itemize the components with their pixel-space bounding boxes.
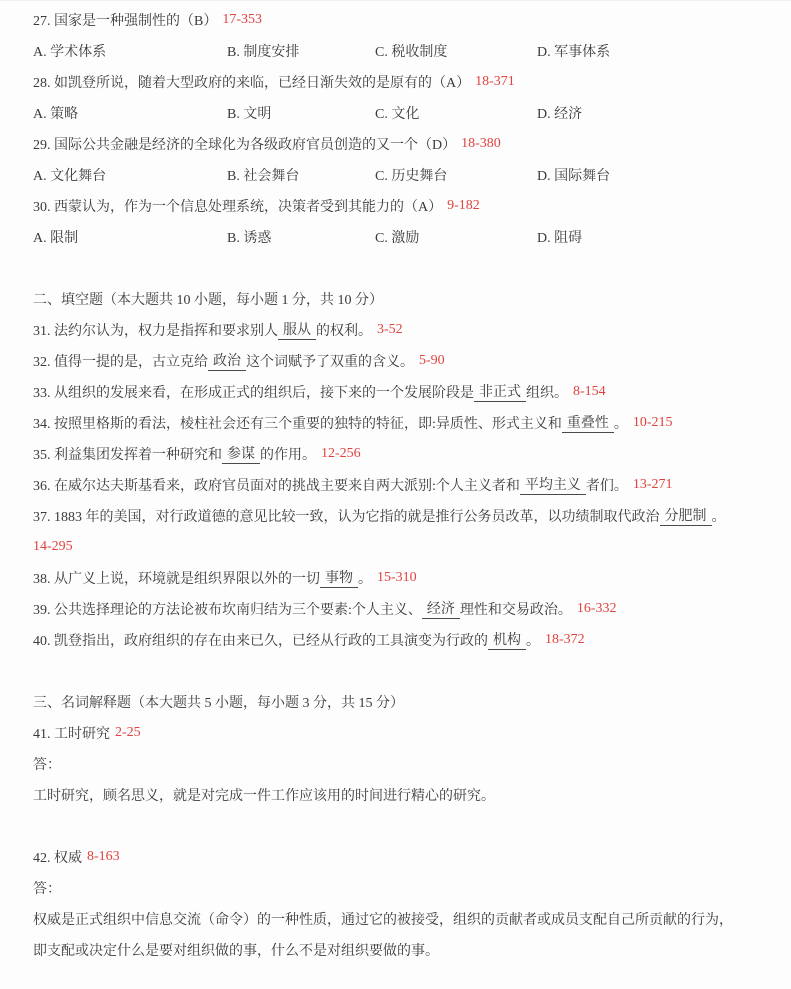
fill-pre: 32. 值得一提的是，古立克给: [33, 351, 208, 371]
mcq-options-27: A. 学术体系 B. 制度安排 C. 税收制度 D. 军事体系: [0, 35, 791, 66]
page-ref: 15-310: [377, 570, 417, 586]
page-ref: 13-271: [633, 477, 673, 493]
def-term: 42. 权威: [33, 847, 82, 867]
fill-item-40: 40. 凯登指出，政府组织的存在由来已久，已经从行政的工具演变为行政的 机构 。…: [0, 624, 791, 655]
page-ref: 9-182: [447, 198, 480, 214]
page-ref: 18-371: [475, 74, 515, 90]
section-title: 二、填空题（本大题共 10 小题，每小题 1 分，共 10 分）: [33, 289, 383, 309]
page-ref: 18-372: [545, 632, 585, 648]
fill-post: 。: [526, 630, 540, 650]
def-item-42-title: 42. 权威 8-163: [0, 841, 791, 872]
fill-pre: 39. 公共选择理论的方法论被布坎南归结为三个要素:个人主义、: [33, 599, 422, 619]
section-gap: [0, 810, 791, 841]
blank-answer: 平均主义: [520, 474, 586, 495]
blank-answer: 参谋: [222, 443, 260, 464]
fill-item-36: 36. 在威尔达夫斯基看来，政府官员面对的挑战主要来自两大派别:个人主义者和 平…: [0, 469, 791, 500]
option-b: B. 诱惑: [227, 227, 375, 247]
fill-pre: 33. 从组织的发展来看，在形成正式的组织后，接下来的一个发展阶段是: [33, 382, 474, 402]
question-stem: 29. 国际公共金融是经济的全球化为各级政府官员创造的又一个（D）: [33, 134, 456, 154]
fill-item-33: 33. 从组织的发展来看，在形成正式的组织后，接下来的一个发展阶段是 非正式 组…: [0, 376, 791, 407]
blank-answer: 重叠性: [562, 412, 614, 433]
fill-post: 。: [358, 568, 372, 588]
page-ref: 12-256: [321, 446, 361, 462]
blank-answer: 政治: [208, 350, 246, 371]
page-ref: 3-52: [377, 322, 403, 338]
fill-item-38: 38. 从广义上说，环境就是组织界限以外的一切 事物 。 15-310: [0, 562, 791, 593]
mcq-question-30: 30. 西蒙认为，作为一个信息处理系统，决策者受到其能力的（A） 9-182: [0, 190, 791, 221]
fill-post: 组织。: [526, 382, 568, 402]
blank-answer: 服从: [278, 319, 316, 340]
section-header-fill-blank: 二、填空题（本大题共 10 小题，每小题 1 分，共 10 分）: [0, 283, 791, 314]
mcq-question-29: 29. 国际公共金融是经济的全球化为各级政府官员创造的又一个（D） 18-380: [0, 128, 791, 159]
fill-item-39: 39. 公共选择理论的方法论被布坎南归结为三个要素:个人主义、 经济 理性和交易…: [0, 593, 791, 624]
blank-answer: 经济: [422, 598, 460, 619]
option-c: C. 激励: [375, 227, 537, 247]
blank-answer: 事物: [320, 567, 358, 588]
def-item-41-answer: 工时研究，顾名思义，就是对完成一件工作应该用的时间进行精心的研究。: [0, 779, 791, 810]
fill-item-37-ref-line: 14-295: [0, 531, 791, 562]
option-b: B. 文明: [227, 103, 375, 123]
fill-pre: 34. 按照里格斯的看法，棱柱社会还有三个重要的独特的特征，即:异质性、形式主义…: [33, 413, 562, 433]
section-header-definitions: 三、名词解释题（本大题共 5 小题，每小题 3 分，共 15 分）: [0, 686, 791, 717]
option-d: D. 国际舞台: [537, 165, 791, 185]
question-stem: 28. 如凯登所说，随着大型政府的来临，已经日渐失效的是原有的（A）: [33, 72, 470, 92]
question-stem: 27. 国家是一种强制性的（B）: [33, 10, 217, 30]
option-a: A. 策略: [33, 103, 227, 123]
option-c: C. 文化: [375, 103, 537, 123]
answer-text: 即支配或决定什么是要对组织做的事，什么不是对组织要做的事。: [33, 940, 439, 960]
fill-item-31: 31. 法约尔认为，权力是指挥和要求别人 服从 的权利。 3-52: [0, 314, 791, 345]
page-ref: 5-90: [419, 353, 445, 369]
page-ref: 8-163: [87, 849, 120, 865]
option-c: C. 税收制度: [375, 41, 537, 61]
def-item-42-answer-line-2: 即支配或决定什么是要对组织做的事，什么不是对组织要做的事。: [0, 934, 791, 965]
answer-text: 工时研究，顾名思义，就是对完成一件工作应该用的时间进行精心的研究。: [33, 785, 495, 805]
mcq-options-28: A. 策略 B. 文明 C. 文化 D. 经济: [0, 97, 791, 128]
exam-document: 27. 国家是一种强制性的（B） 17-353 A. 学术体系 B. 制度安排 …: [0, 0, 791, 965]
section-title: 三、名词解释题（本大题共 5 小题，每小题 3 分，共 15 分）: [33, 692, 404, 712]
fill-post: 这个词赋予了双重的含义。: [246, 351, 414, 371]
page-ref: 8-154: [573, 384, 606, 400]
answer-text: 权威是正式组织中信息交流（命令）的一种性质，通过它的被接受，组织的贡献者或成员支…: [33, 909, 733, 929]
answer-label: 答：: [33, 878, 61, 898]
page-ref: 10-215: [633, 415, 673, 431]
option-c: C. 历史舞台: [375, 165, 537, 185]
fill-item-35: 35. 利益集团发挥着一种研究和 参谋 的作用。 12-256: [0, 438, 791, 469]
fill-post: 。: [712, 506, 726, 526]
def-item-42-answer-label: 答：: [0, 872, 791, 903]
blank-answer: 分肥制: [660, 505, 712, 526]
option-d: D. 经济: [537, 103, 791, 123]
section-gap: [0, 655, 791, 686]
option-d: D. 军事体系: [537, 41, 791, 61]
option-a: A. 文化舞台: [33, 165, 227, 185]
fill-post: 者们。: [586, 475, 628, 495]
def-item-41-title: 41. 工时研究 2-25: [0, 717, 791, 748]
fill-pre: 37. 1883 年的美国，对行政道德的意见比较一致，认为它指的就是推行公务员改…: [33, 506, 660, 526]
fill-post: 理性和交易政治。: [460, 599, 572, 619]
blank-answer: 非正式: [474, 381, 526, 402]
mcq-options-30: A. 限制 B. 诱惑 C. 激励 D. 阻碍: [0, 221, 791, 252]
option-b: B. 社会舞台: [227, 165, 375, 185]
mcq-question-28: 28. 如凯登所说，随着大型政府的来临，已经日渐失效的是原有的（A） 18-37…: [0, 66, 791, 97]
blank-answer: 机构: [488, 629, 526, 650]
def-item-41-answer-label: 答：: [0, 748, 791, 779]
fill-post: 。: [614, 413, 628, 433]
page-ref: 2-25: [115, 725, 141, 741]
fill-pre: 36. 在威尔达夫斯基看来，政府官员面对的挑战主要来自两大派别:个人主义者和: [33, 475, 520, 495]
page-ref: 18-380: [461, 136, 501, 152]
fill-item-37: 37. 1883 年的美国，对行政道德的意见比较一致，认为它指的就是推行公务员改…: [0, 500, 791, 531]
fill-item-34: 34. 按照里格斯的看法，棱柱社会还有三个重要的独特的特征，即:异质性、形式主义…: [0, 407, 791, 438]
fill-pre: 35. 利益集团发挥着一种研究和: [33, 444, 222, 464]
answer-label: 答：: [33, 754, 61, 774]
option-a: A. 学术体系: [33, 41, 227, 61]
fill-item-32: 32. 值得一提的是，古立克给 政治 这个词赋予了双重的含义。 5-90: [0, 345, 791, 376]
option-d: D. 阻碍: [537, 227, 791, 247]
fill-pre: 31. 法约尔认为，权力是指挥和要求别人: [33, 320, 278, 340]
fill-post: 的权利。: [316, 320, 372, 340]
section-gap: [0, 252, 791, 283]
page-ref: 16-332: [577, 601, 617, 617]
fill-post: 的作用。: [260, 444, 316, 464]
option-b: B. 制度安排: [227, 41, 375, 61]
question-stem: 30. 西蒙认为，作为一个信息处理系统，决策者受到其能力的（A）: [33, 196, 442, 216]
page-ref: 17-353: [222, 12, 262, 28]
mcq-question-27: 27. 国家是一种强制性的（B） 17-353: [0, 4, 791, 35]
fill-pre: 38. 从广义上说，环境就是组织界限以外的一切: [33, 568, 320, 588]
fill-pre: 40. 凯登指出，政府组织的存在由来已久，已经从行政的工具演变为行政的: [33, 630, 488, 650]
option-a: A. 限制: [33, 227, 227, 247]
def-term: 41. 工时研究: [33, 723, 110, 743]
mcq-options-29: A. 文化舞台 B. 社会舞台 C. 历史舞台 D. 国际舞台: [0, 159, 791, 190]
def-item-42-answer-line-1: 权威是正式组织中信息交流（命令）的一种性质，通过它的被接受，组织的贡献者或成员支…: [0, 903, 791, 934]
page-ref: 14-295: [33, 539, 73, 555]
